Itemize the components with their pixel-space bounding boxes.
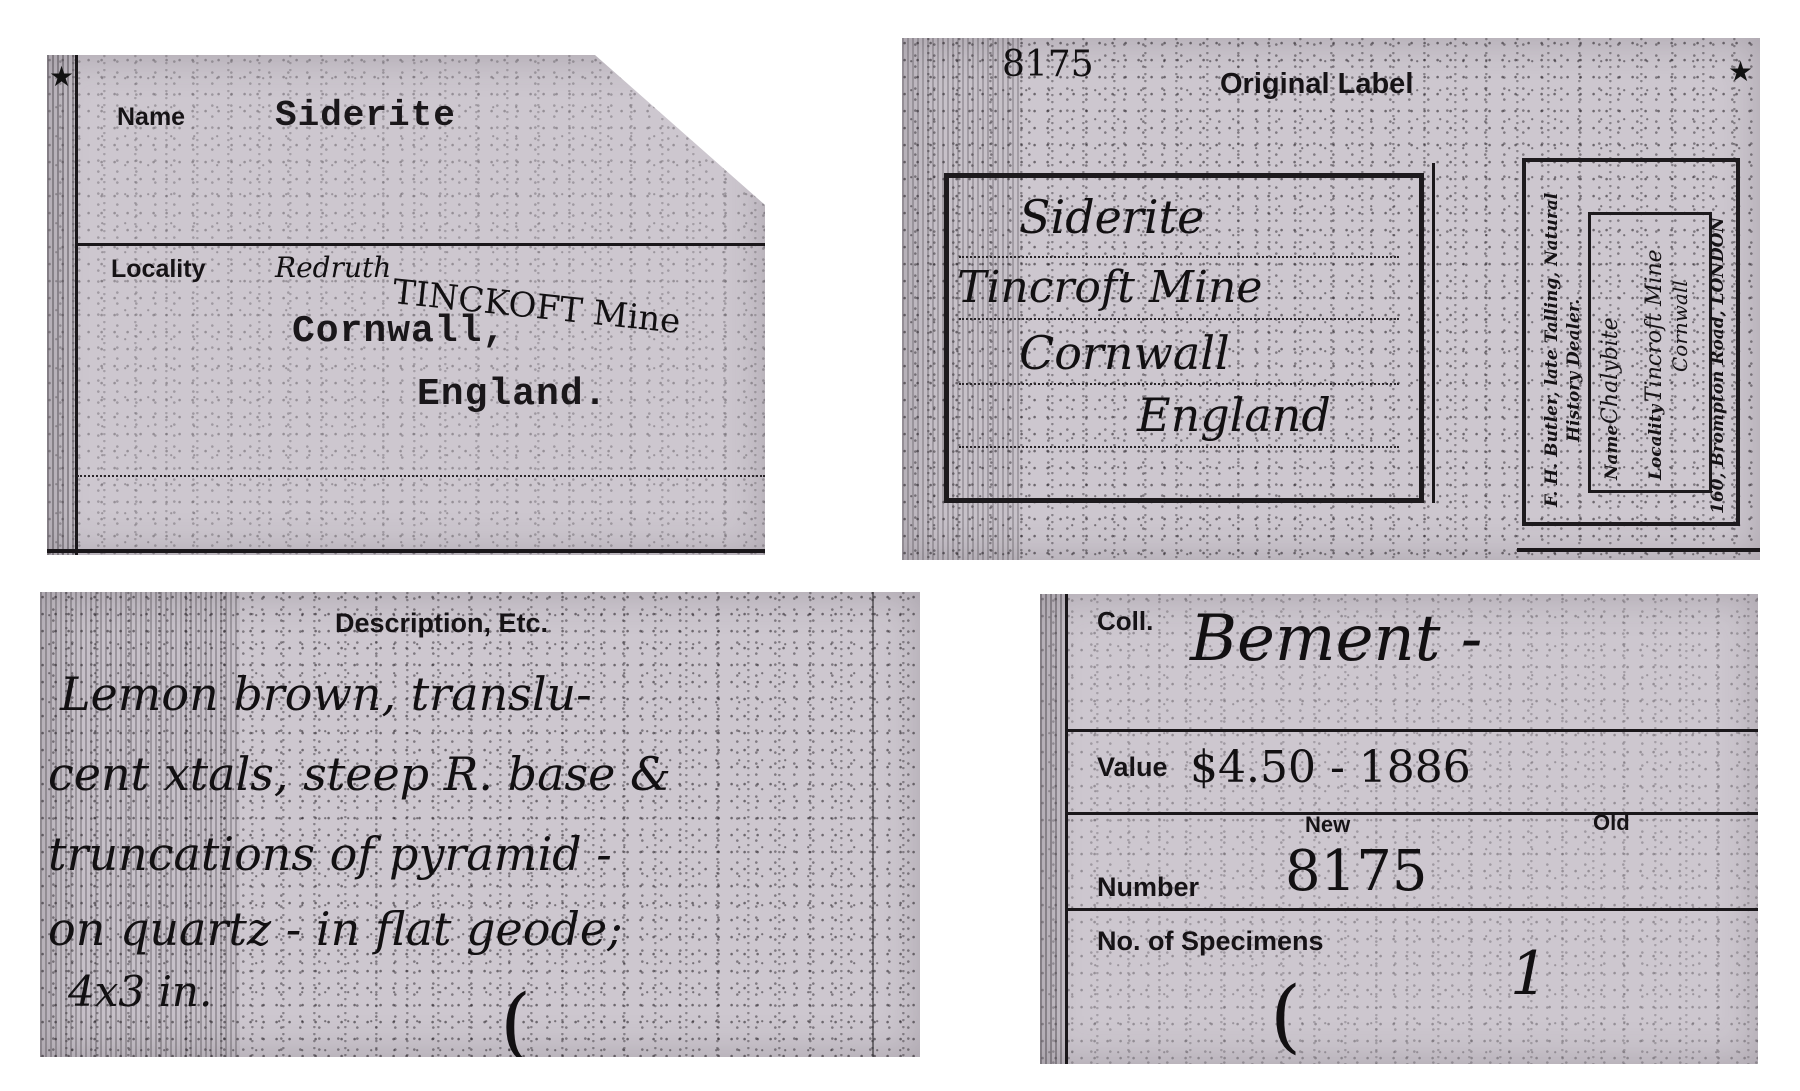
dotted-rule	[959, 318, 1399, 320]
handwritten-label-frame: Siderite Tincroft Mine Cornwall England	[944, 173, 1424, 503]
horizontal-rule	[77, 243, 765, 246]
dotted-rule	[959, 446, 1399, 448]
horizontal-rule	[1068, 729, 1758, 732]
value-label: Value	[1097, 752, 1168, 783]
bottom-rule	[1517, 548, 1760, 552]
locality-handwritten-town: Redruth	[275, 251, 391, 284]
handwritten-line-1: Siderite	[1019, 190, 1204, 244]
dotted-rule	[77, 475, 765, 477]
horizontal-rule	[1068, 812, 1758, 815]
specimen-card-collection: Coll. Bement - Value $4.50 - 1886 New Ol…	[1040, 594, 1758, 1064]
coll-label: Coll.	[1097, 606, 1153, 637]
dealer-label-frame: F. H. Butler, late Talling, Natural Hist…	[1522, 158, 1740, 526]
description-line-1: Lemon brown, translu-	[60, 667, 592, 721]
star-icon: ★	[49, 63, 74, 91]
star-icon: ★	[1728, 58, 1753, 86]
description-heading: Description, Etc.	[335, 608, 548, 639]
handwritten-line-4: England	[1137, 388, 1331, 442]
locality-typed-county: Cornwall,	[292, 310, 506, 353]
handwritten-line-2: Tincroft Mine	[957, 262, 1262, 313]
scan-shadow	[47, 55, 77, 555]
dealer-locality-value-1: Tincroft Mine	[1642, 249, 1667, 402]
specimens-value: 1	[1510, 939, 1548, 1009]
number-old-label: Old	[1593, 810, 1630, 836]
curator-mark: (	[500, 977, 531, 1057]
value-amount: $4.50 - 1886	[1190, 742, 1471, 793]
specimen-card-name-locality: ★ Name Siderite Locality Redruth TINCKOF…	[47, 55, 765, 555]
coll-value: Bement -	[1190, 602, 1482, 676]
vertical-rule	[872, 592, 874, 1057]
dealer-name-label: Name	[1602, 425, 1622, 480]
handwritten-line-3: Cornwall	[1019, 326, 1230, 380]
number-label: Number	[1097, 872, 1199, 903]
scan-shadow	[1040, 594, 1066, 1064]
horizontal-rule	[1068, 908, 1758, 911]
description-line-4: on quartz - in flat geode;	[48, 902, 623, 956]
description-line-2: cent xtals, steep R. base &	[48, 747, 671, 801]
specimen-card-original-label: 8175 Original Label ★ Siderite Tincroft …	[902, 38, 1760, 560]
number-new-value: 8175	[1285, 839, 1428, 904]
dotted-rule	[959, 256, 1399, 258]
dealer-locality-value-2: Cornwall	[1668, 280, 1692, 372]
dealer-line-1: F. H. Butler, late Talling, Natural	[1542, 193, 1562, 507]
dealer-name-value: Chalybite	[1598, 317, 1623, 424]
number-new-label: New	[1305, 812, 1350, 838]
locality-label: Locality	[111, 255, 205, 284]
vertical-rule	[1432, 163, 1435, 503]
dealer-locality-label: Locality	[1646, 405, 1666, 480]
curator-mark: (	[1270, 969, 1301, 1062]
catalog-number: 8175	[1002, 44, 1094, 85]
description-line-5: 4x3 in.	[68, 967, 212, 1016]
vertical-rule	[75, 55, 78, 555]
specimens-label: No. of Specimens	[1097, 926, 1324, 957]
name-value: Siderite	[275, 95, 456, 136]
vertical-rule	[1065, 594, 1068, 1064]
dealer-line-2: History Dealer.	[1564, 299, 1584, 442]
original-label-heading: Original Label	[1220, 68, 1413, 101]
bottom-rule	[47, 549, 765, 553]
description-line-3: truncations of pyramid -	[48, 827, 612, 881]
dealer-address: 160, Brompton Road, LONDON	[1708, 217, 1728, 514]
dotted-rule	[959, 383, 1399, 385]
locality-typed-country: England.	[417, 373, 607, 416]
name-label: Name	[117, 103, 185, 132]
specimen-card-description: Description, Etc. Lemon brown, translu- …	[40, 592, 920, 1057]
